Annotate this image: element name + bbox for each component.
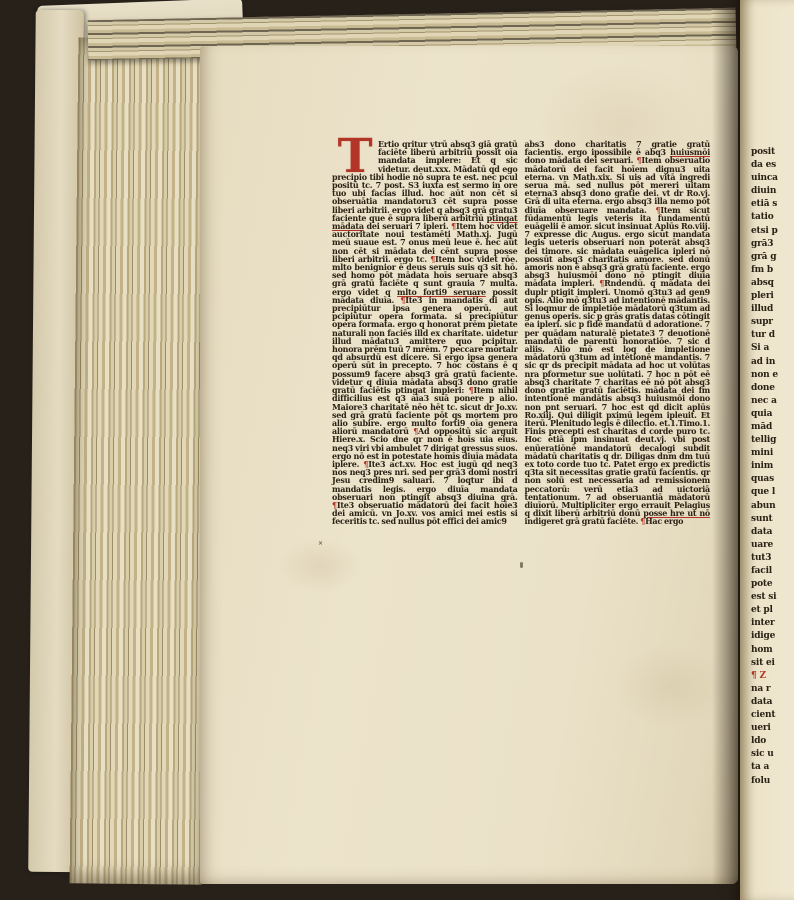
facing-line-fragment: uinca xyxy=(751,173,778,183)
facing-line-fragment: pleri xyxy=(751,291,774,301)
facing-line-fragment: illud xyxy=(751,304,773,314)
text-run: Ite3 in mandatis di aut precipiūtur ipsa… xyxy=(332,295,518,395)
facing-line-fragment: abun xyxy=(751,501,775,511)
facing-line-fragment: uare xyxy=(751,540,773,550)
page-block-fore-edges xyxy=(70,37,211,884)
facing-line-fragment: etsi p xyxy=(751,226,778,236)
facing-line-fragment: est si xyxy=(751,592,776,602)
facing-line-fragment: mini xyxy=(751,448,773,458)
text-run: Rndendū. q mādata dei duplr ptigit imple… xyxy=(525,278,711,518)
facing-line-fragment: non e xyxy=(751,370,778,380)
facing-line-fragment: ad in xyxy=(751,357,775,367)
text-column-left: T Ertio qritur vtrū absq3 giā gratū faci… xyxy=(332,140,518,526)
text-run: Ite3 obseruatio mādatorū dei facit hoīe3… xyxy=(332,500,518,526)
facing-line-fragment: done xyxy=(751,383,775,393)
facing-line-fragment: ¶ Z xyxy=(751,671,766,681)
text-run: indigeret grā gratū faciēte. xyxy=(525,516,641,526)
facing-line-fragment: grā3 xyxy=(751,239,773,249)
facing-line-fragment: et pl xyxy=(751,605,773,615)
facing-line-fragment: folu xyxy=(751,776,770,786)
book-photograph: T Ertio qritur vtrū absq3 giā gratū faci… xyxy=(0,0,794,900)
facing-line-fragment: inim xyxy=(751,461,773,471)
facing-line-fragment: etiā s xyxy=(751,199,777,209)
facing-line-fragment: inter xyxy=(751,618,775,628)
drop-cap-initial: T xyxy=(332,140,378,172)
facing-line-fragment: tellig xyxy=(751,435,776,445)
facing-line-fragment: tut3 xyxy=(751,553,771,563)
facing-line-fragment: tur d xyxy=(751,330,775,340)
facing-page-line-fragments: posit da es uinca diuin etiā s tatio ets… xyxy=(740,0,794,788)
facing-line-fragment: fm b xyxy=(751,265,773,275)
facing-line-fragment: absq xyxy=(751,278,774,288)
facing-line-fragment: que l xyxy=(751,487,775,497)
facing-line-fragment: ldo xyxy=(751,736,766,746)
facing-line-fragment: sunt xyxy=(751,514,773,524)
text-column-right: abs3 dono charitatis 7 gratie gratū faci… xyxy=(525,140,711,526)
gutter-shadow xyxy=(712,0,742,900)
facing-line-fragment: facil xyxy=(751,566,772,576)
text-run: Item sicut fūdamentū legis veteris ita f… xyxy=(525,205,711,289)
facing-recto-page: posit da es uinca diuin etiā s tatio ets… xyxy=(740,0,794,900)
marginal-ink-mark: × xyxy=(318,540,322,544)
text-block: T Ertio qritur vtrū absq3 giā gratū faci… xyxy=(332,140,710,526)
facing-line-fragment: idige xyxy=(751,631,775,641)
facing-line-fragment: data xyxy=(751,697,772,707)
facing-line-fragment: na r xyxy=(751,684,770,694)
facing-line-fragment: tatio xyxy=(751,212,774,222)
facing-line-fragment: hom xyxy=(751,645,772,655)
facing-line-fragment: Si a xyxy=(751,343,769,353)
facing-line-fragment: cient xyxy=(751,710,775,720)
facing-line-fragment: quia xyxy=(751,409,772,419)
facing-line-fragment: diuin xyxy=(751,186,776,196)
facing-line-fragment: data xyxy=(751,527,772,537)
facing-line-fragment: ueri xyxy=(751,723,771,733)
facing-line-fragment: grā g xyxy=(751,252,776,262)
ink-speck xyxy=(520,562,523,568)
facing-line-fragment: supr xyxy=(751,317,773,327)
facing-line-fragment: nec a xyxy=(751,396,777,406)
text-run: Hac ergo xyxy=(645,516,683,526)
facing-line-fragment: sic u xyxy=(751,749,774,759)
facing-line-fragment: ta a xyxy=(751,762,769,772)
facing-line-fragment: da es xyxy=(751,160,776,170)
facing-line-fragment: sit ei xyxy=(751,658,775,668)
facing-line-fragment: posit xyxy=(751,147,775,157)
facing-line-fragment: pote xyxy=(751,579,772,589)
facing-line-fragment: quas xyxy=(751,474,774,484)
facing-line-fragment: mād xyxy=(751,422,772,432)
